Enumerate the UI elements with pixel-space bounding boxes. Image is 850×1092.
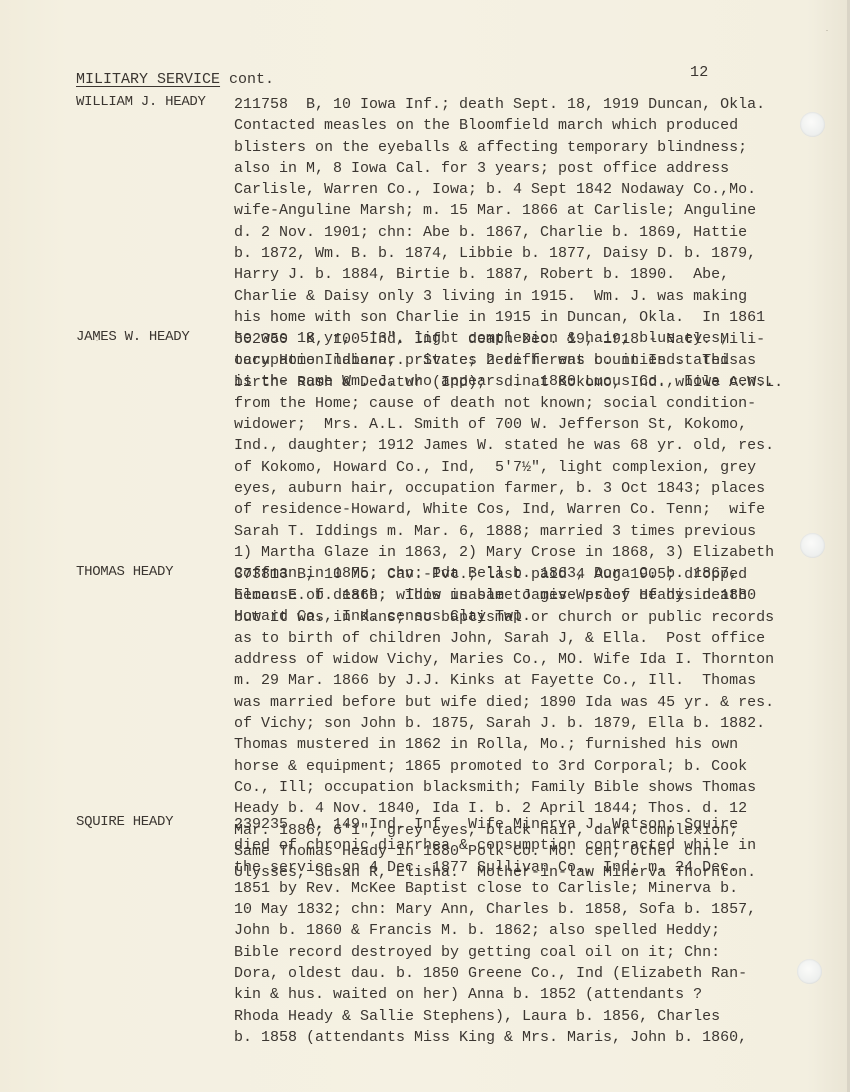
binder-hole-bottom: [797, 959, 822, 984]
soldier-name: THOMAS HEADY: [76, 564, 173, 580]
record-line: blisters on the eyeballs & affecting tem…: [234, 137, 754, 158]
record-line: m. 29 Mar. 1866 by J.J. Kinks at Fayette…: [234, 670, 754, 691]
record-line: John b. 1860 & Francis M. b. 1862; also …: [234, 920, 754, 941]
record-line: Carlisle, Warren Co., Iowa; b. 4 Sept 18…: [234, 179, 754, 200]
soldier-name: JAMES W. HEADY: [76, 329, 189, 345]
record-line: also in M, 8 Iowa Cal. for 3 years; post…: [234, 158, 754, 179]
record-line: kin & hus. waited on her) Anna b. 1852 (…: [234, 984, 754, 1005]
record-line: his home with son Charlie in 1915 in Dun…: [234, 307, 754, 328]
soldier-name: SQUIRE HEADY: [76, 814, 173, 830]
paper-speck: [485, 1013, 487, 1014]
record-line: Sarah T. Iddings m. Mar. 6, 1888; marrie…: [234, 521, 754, 542]
record-line: Harry J. b. 1884, Birtie b. 1887, Robert…: [234, 264, 754, 285]
record-line: Charlie & Daisy only 3 living in 1915. W…: [234, 286, 754, 307]
document-page: 12 MILITARY SERVICE cont. WILLIAM J. HEA…: [0, 0, 850, 1092]
record-line: b. 1872, Wm. B. b. 1874, Libbie b. 1877,…: [234, 243, 754, 264]
record-line: was married before but wife died; 1890 I…: [234, 692, 754, 713]
record-line: but it was in Kans; no baptismal or chur…: [234, 607, 754, 628]
record-line: 1) Martha Glaze in 1863, 2) Mary Crose i…: [234, 542, 754, 563]
binder-hole-top: [800, 112, 825, 137]
record-line: as to birth of children John, Sarah J, &…: [234, 628, 754, 649]
record-line: of Vichy; son John b. 1875, Sarah J. b. …: [234, 713, 754, 734]
record-line: Bible record destroyed by getting coal o…: [234, 942, 754, 963]
paper-speck: [96, 340, 98, 341]
record-line: wife-Anguline Marsh; m. 15 Mar. 1866 at …: [234, 200, 754, 221]
record-line: Ind., daughter; 1912 James W. stated he …: [234, 435, 754, 456]
record-line: 10 May 1832; chn: Mary Ann, Charles b. 1…: [234, 899, 754, 920]
record-line: 239235 A, 149 Ind. Inf. Wife Minerva J. …: [234, 814, 754, 835]
record-line: 211758 B, 10 Iowa Inf.; death Sept. 18, …: [234, 94, 754, 115]
record-line: Dora, oldest dau. b. 1850 Greene Co., In…: [234, 963, 754, 984]
section-title: MILITARY SERVICE: [76, 71, 220, 88]
page-number: 12: [690, 64, 708, 81]
soldier-name: WILLIAM J. HEADY: [76, 94, 206, 110]
record-line: eyes, auburn hair, occupation farmer, b.…: [234, 478, 754, 499]
section-heading: MILITARY SERVICE cont.: [76, 71, 274, 88]
record-line: because of death; widow unable to give p…: [234, 585, 754, 606]
record-line: b. 1858 (attendants Miss King & Mrs. Mar…: [234, 1027, 754, 1048]
record-line: 373813 B, 10 Mo. Cav.-Pvt.; last paid 4 …: [234, 564, 754, 585]
record-line: widower; Mrs. A.L. Smith of 700 W. Jeffe…: [234, 414, 754, 435]
record-line: d. 2 Nov. 1901; chn: Abe b. 1867, Charli…: [234, 222, 754, 243]
record-text: 239235 A, 149 Ind. Inf. Wife Minerva J. …: [234, 814, 754, 1048]
record-line: birth- Rush & Decatur (Ind); d. at Kokom…: [234, 372, 754, 393]
record-line: of Kokomo, Howard Co., Ind, 5'7½", light…: [234, 457, 754, 478]
binder-hole-middle: [800, 533, 825, 558]
section-title-suffix: cont.: [220, 71, 274, 88]
record-line: horse & equipment; 1865 promoted to 3rd …: [234, 756, 754, 777]
record-line: 1851 by Rev. McKee Baptist close to Carl…: [234, 878, 754, 899]
record-line: 502350 K, 100 Ind. Inf. death Dec. 19, 1…: [234, 329, 754, 350]
record-line: of residence-Howard, White Cos, Ind, War…: [234, 499, 754, 520]
paper-speck: [826, 30, 828, 31]
record-line: Thomas mustered in 1862 in Rolla, Mo.; f…: [234, 734, 754, 755]
record-line: from the Home; cause of death not known;…: [234, 393, 754, 414]
record-line: Contacted measles on the Bloomfield marc…: [234, 115, 754, 136]
record-line: tary Home Indiana; private; 2 different …: [234, 350, 754, 371]
record-line: address of widow Vichy, Maries Co., MO. …: [234, 649, 754, 670]
record-line: the service on 4 Dec. 1877 Sullivan Co.,…: [234, 857, 754, 878]
record-line: died of chronic diarrhea & consumption c…: [234, 835, 754, 856]
record-line: Co., Ill; occupation blacksmith; Family …: [234, 777, 754, 798]
record-line: Rhoda Heady & Sallie Stephens), Laura b.…: [234, 1006, 754, 1027]
